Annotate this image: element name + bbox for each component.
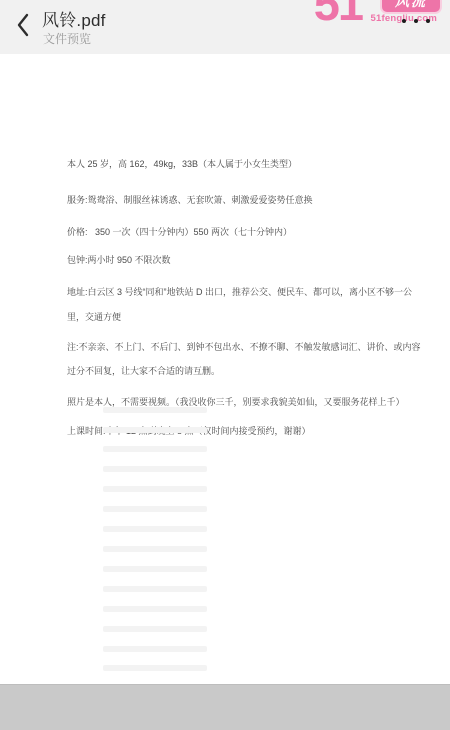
faint-stripe — [103, 566, 207, 572]
back-button[interactable] — [8, 8, 38, 42]
faint-stripe — [103, 546, 207, 552]
faint-stripe — [103, 407, 207, 413]
app-screen: 风铃.pdf 文件预览 51 风流 51fengliu.com 本人 25 岁，… — [0, 0, 450, 730]
faint-stripe — [103, 646, 207, 652]
faint-stripe — [103, 486, 207, 492]
watermark-51-text: 51 — [314, 0, 362, 27]
faint-stripe — [103, 626, 207, 632]
doc-text-line: 注:不亲亲、不上门、不后门、到钟不包出水、不撩不聊、不触发敏感词汇、讲价、或内容 — [67, 341, 421, 353]
file-title: 风铃.pdf — [42, 6, 106, 31]
document-preview[interactable]: 本人 25 岁，高 162，49kg，33B（本人属于小女生类型） 服务:鸳鸯浴… — [0, 54, 450, 684]
faint-stripe — [103, 446, 207, 452]
faint-stripe — [103, 506, 207, 512]
doc-text-line: 过分不回复，让大家不合适的请互删。 — [67, 365, 220, 377]
faint-stripe — [103, 586, 207, 592]
doc-text-line: 服务:鸳鸯浴、制服丝袜诱惑、无套吹箫、刺激爱爱姿势任意换 — [67, 194, 313, 206]
faint-stripe — [103, 665, 207, 671]
doc-text-line: 价格: 350 一次（四十分钟内）550 两次（七十分钟内） — [67, 226, 292, 238]
doc-text-line: 地址:白云区 3 号线“同和”地铁站 D 出口，推荐公交、便民车、都可以，离小区… — [67, 286, 412, 298]
bottom-system-bar — [0, 684, 450, 730]
faint-stripe — [103, 606, 207, 612]
faint-stripe — [103, 466, 207, 472]
header-bar: 风铃.pdf 文件预览 51 风流 51fengliu.com — [0, 0, 450, 54]
watermark-badge: 风流 — [380, 0, 442, 14]
ellipsis-dots-icon — [402, 19, 434, 24]
doc-text-line: 包钟:两小时 950 不限次数 — [67, 254, 171, 266]
faint-stripe — [103, 427, 207, 433]
chevron-left-icon — [16, 13, 30, 37]
doc-text-line: 本人 25 岁，高 162，49kg，33B（本人属于小女生类型） — [67, 158, 297, 170]
faint-stripe — [103, 526, 207, 532]
doc-text-line: 里，交通方便 — [67, 311, 121, 323]
page-subtitle: 文件预览 — [43, 30, 91, 47]
